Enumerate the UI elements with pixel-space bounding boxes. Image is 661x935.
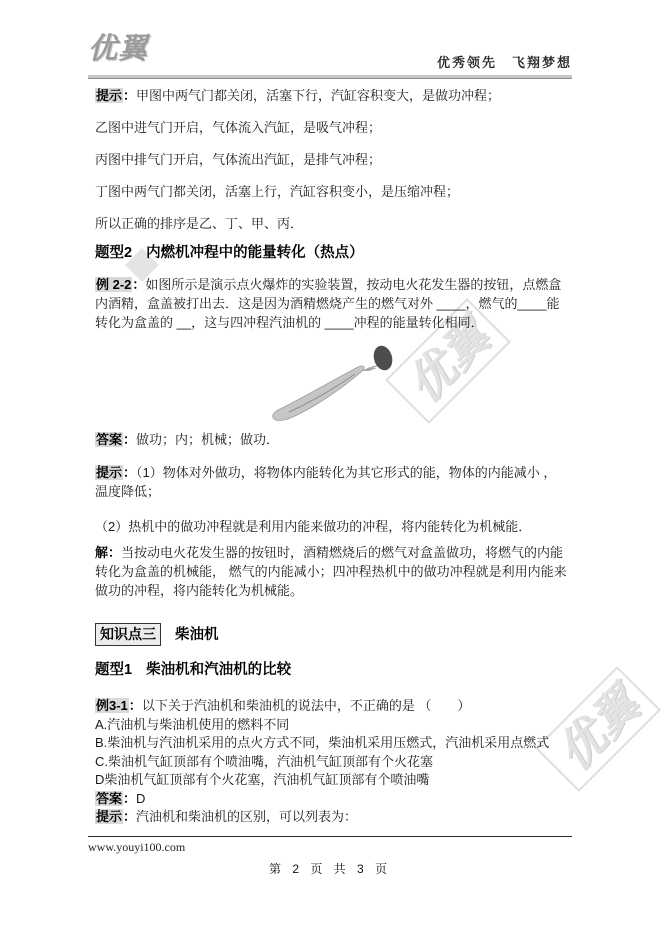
hint-text: 甲图中两气门都关闭，活塞下行，汽缸容积变大，是做功冲程； <box>136 88 500 103</box>
label-colon: ： <box>123 809 136 824</box>
label-colon: ： <box>123 465 136 480</box>
hint-paragraph: 提示：甲图中两气门都关闭，活塞下行，汽缸容积变大，是做功冲程； <box>95 86 572 105</box>
topic1-heading: 题型1柴油机和汽油机的比较 <box>95 661 572 679</box>
example22-text: 如图所示是演示点火爆炸的实验装置，按动电火花发生器的按钮，点燃盒内酒精，盒盖被打… <box>95 277 561 330</box>
ignition-device-illustration <box>265 338 425 428</box>
label-colon: ： <box>108 545 121 560</box>
header-divider <box>88 75 572 79</box>
topic2-heading: 题型2内燃机冲程中的能量转化（热点） <box>95 244 572 262</box>
label-colon: ： <box>132 277 145 292</box>
body-paragraph: 丁图中两气门都关闭，活塞上行，汽缸容积变小，是压缩冲程； <box>95 182 572 201</box>
answer22-text: 做功；内；机械；做功． <box>136 432 279 447</box>
solution22-text: 当按动电火花发生器的按钮时，酒精燃烧后的燃气对盒盖做功，将燃气的内能转化为盒盖的… <box>95 545 567 598</box>
hint22-paragraph: 提示：（1）物体对外做功，将物体内能转化为其它形式的能，物体的内能减小 ， 温度… <box>95 463 572 501</box>
brand-slogan: 优秀领先 飞翔梦想 <box>437 52 572 71</box>
body-paragraph: 乙图中进气门开启，气体流入汽缸，是吸气冲程； <box>95 118 572 137</box>
answer-label: 答案 <box>95 432 123 447</box>
hint22-text: （1）物体对外做功，将物体内能转化为其它形式的能，物体的内能减小 ， <box>136 465 556 480</box>
example31-label: 例3-1 <box>95 698 129 713</box>
example22-label: 例 2-2 <box>95 277 132 292</box>
example31-block: 例3-1：以下关于汽油机和柴油机的说法中，不正确的是 （ ） A.汽油机与柴油机… <box>95 697 572 827</box>
hint31-text: 汽油机和柴油机的区别，可以列表为： <box>136 809 357 824</box>
label-colon: ： <box>123 432 136 447</box>
solution22-paragraph: 解：当按动电火花发生器的按钮时，酒精燃烧后的燃气对盒盖做功，将燃气的内能转化为盒… <box>95 543 572 600</box>
topic2-label: 题型2 <box>95 245 132 261</box>
hint22-text2: 温度降低； <box>95 484 160 499</box>
option-b: B.柴油机与汽油机采用的点火方式不同，柴油机采用压燃式，汽油机采用点燃式 <box>95 734 572 753</box>
page-footer: www.youyi100.com 第 2 页 共 3 页 <box>88 836 572 877</box>
hint-label: 提示 <box>95 809 123 824</box>
answer22-paragraph: 答案：做功；内；机械；做功． <box>95 430 572 449</box>
body-paragraph: 所以正确的排序是乙、丁、甲、丙． <box>95 214 572 233</box>
hint-label: 提示 <box>95 465 123 480</box>
hint22-paragraph2: （2）热机中的做功冲程就是利用内能来做功的冲程，将内能转化为机械能． <box>95 517 572 536</box>
page-header: 优翼 优秀领先 飞翔梦想 <box>88 34 572 64</box>
answer31-paragraph: 答案：D <box>95 790 572 809</box>
example31-text: 以下关于汽油机和柴油机的说法中，不正确的是 （ ） <box>142 698 471 713</box>
footer-url: www.youyi100.com <box>88 840 572 855</box>
example22-paragraph: 例 2-2：如图所示是演示点火爆炸的实验装置，按动电火花发生器的按钮，点燃盒内酒… <box>95 275 572 332</box>
option-a: A.汽油机与柴油机使用的燃料不同 <box>95 716 572 735</box>
topic1-title: 柴油机和汽油机的比较 <box>146 662 291 678</box>
answer-label: 答案 <box>95 791 123 806</box>
document-page: 优翼 优翼 优翼 优秀领先 飞翔梦想 提示：甲图中两气门都关闭，活塞下行，汽缸容… <box>0 0 661 935</box>
label-colon: ： <box>123 791 136 806</box>
label-colon: ： <box>123 88 136 103</box>
answer31-text: D <box>136 791 145 806</box>
hint31-paragraph: 提示：汽油机和柴油机的区别，可以列表为： <box>95 808 572 827</box>
page-number: 第 2 页 共 3 页 <box>88 860 572 877</box>
option-c: C.柴油机气缸顶部有个喷油嘴，汽油机气缸顶部有个火花塞 <box>95 753 572 772</box>
knowledge-point3-title: 柴油机 <box>175 627 219 643</box>
brand-logo: 优翼 <box>88 34 148 64</box>
topic1-label: 题型1 <box>95 662 132 678</box>
example31-paragraph: 例3-1：以下关于汽油机和柴油机的说法中，不正确的是 （ ） <box>95 697 572 716</box>
document-body: 提示：甲图中两气门都关闭，活塞下行，汽缸容积变大，是做功冲程； 乙图中进气门开启… <box>95 86 572 827</box>
knowledge-point3-box: 知识点三 <box>95 623 161 646</box>
knowledge-point3-row: 知识点三柴油机 <box>95 623 572 646</box>
body-paragraph: 丙图中排气门开启，气体流出汽缸，是排气冲程； <box>95 150 572 169</box>
topic2-title: 内燃机冲程中的能量转化（热点） <box>146 245 364 261</box>
solution-label: 解 <box>95 545 108 560</box>
option-d: D柴油机气缸顶部有个火花塞，汽油机气缸顶部有个喷油嘴 <box>95 771 572 790</box>
label-colon: ： <box>129 698 142 713</box>
hint-label: 提示 <box>95 88 123 103</box>
experiment-photo <box>265 338 425 428</box>
